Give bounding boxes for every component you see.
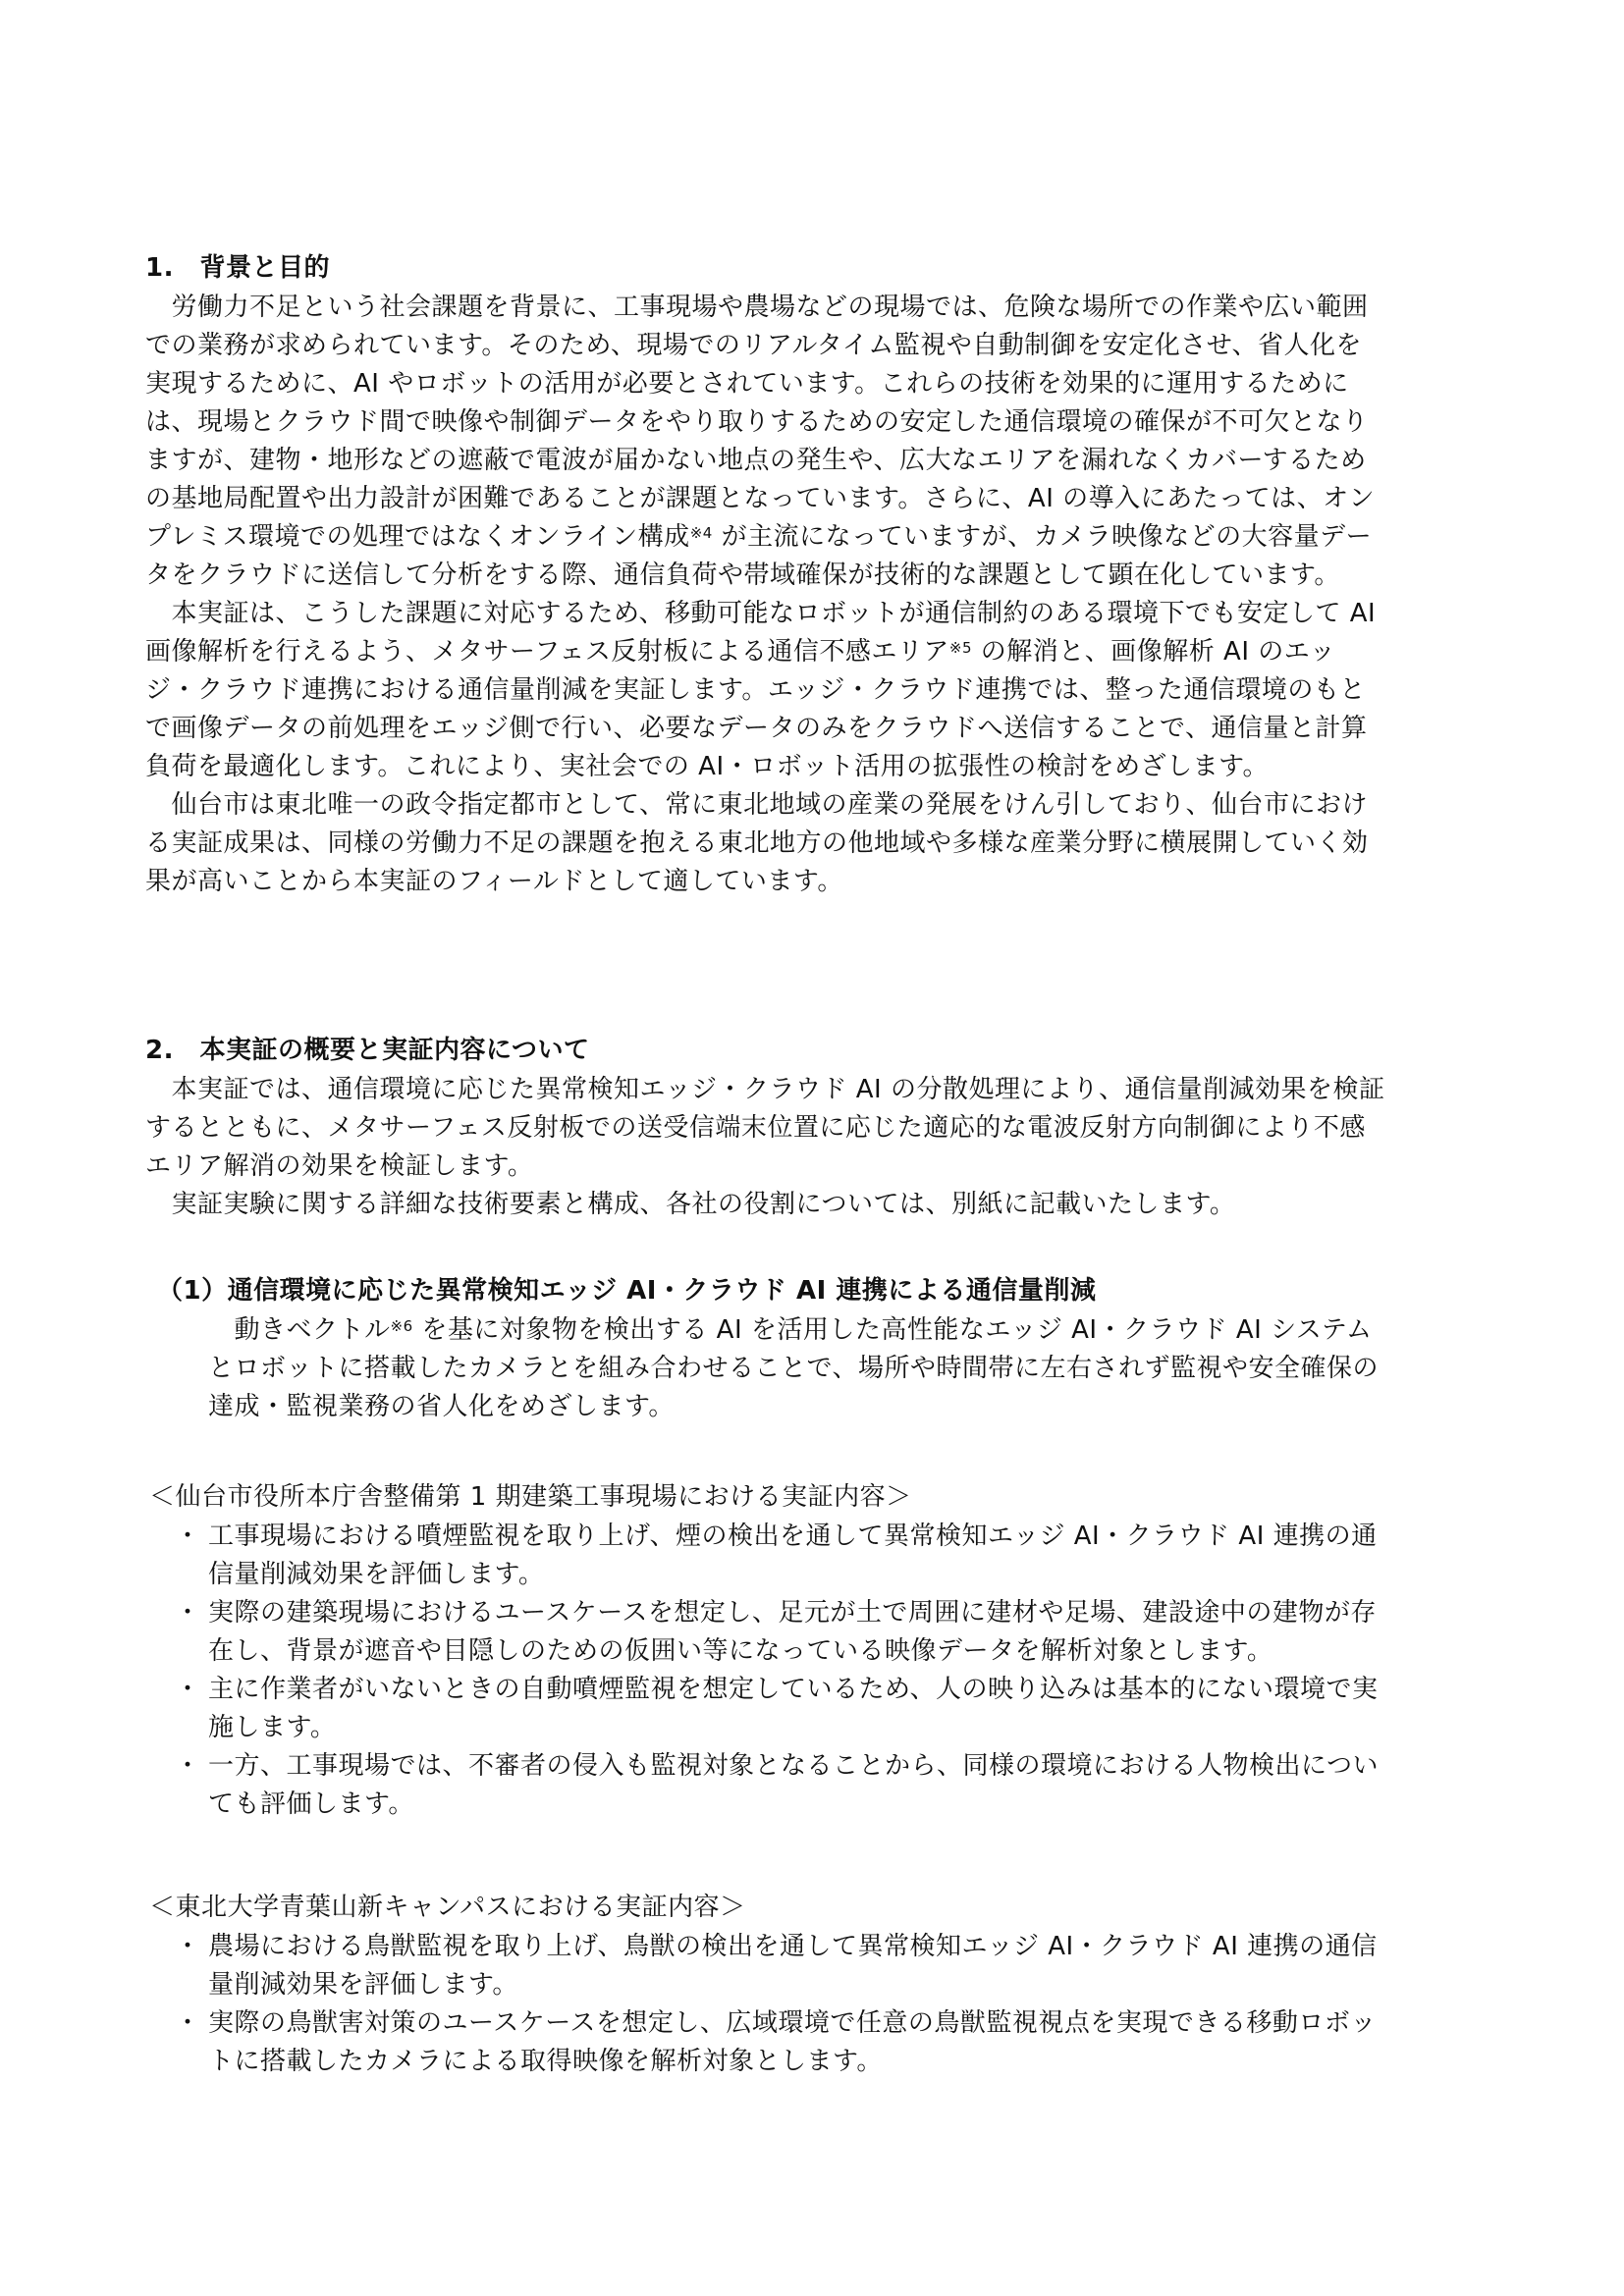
site-1-bullet-2-line: 実際の建築現場におけるユースケースを想定し、足元が土で周囲に建材や足場、建設途中…	[208, 1598, 1377, 1628]
subsection-1-line: とロボットに搭載したカメラとを組み合わせることで、場所や時間帯に左右されず監視や…	[208, 1354, 1379, 1383]
text: が主流になっていますが、カメラ映像などの大容量デー	[713, 522, 1372, 552]
site-1-bullet-4-line: ても評価します。	[208, 1789, 414, 1819]
section-1-heading: 1. 背景と目的	[145, 253, 330, 283]
section-1-p1-line: は、現場とクラウド間で映像や制御データをやり取りするための安定した通信環境の確保…	[145, 407, 1369, 437]
site-2-bullet-1-line: 農場における鳥獣監視を取り上げ、鳥獣の検出を通して異常検知エッジ AI・クラウド…	[208, 1932, 1378, 1961]
bullet-icon: ・	[175, 1522, 200, 1551]
section-1-p2-line: で画像データの前処理をエッジ側で行い、必要なデータのみをクラウドへ送信することで…	[145, 714, 1367, 743]
site-2-heading: ＜東北大学青葉山新キャンパスにおける実証内容＞	[149, 1893, 746, 1922]
document-page: 1. 背景と目的 労働力不足という社会課題を背景に、工事現場や農場などの現場では…	[0, 0, 1624, 2296]
section-2-p2-line: 実証実験に関する詳細な技術要素と構成、各社の役割については、別紙に記載いたします…	[145, 1190, 1235, 1219]
section-1-p2-line-footnote5: 画像解析を行えるよう、メタサーフェス反射板による通信不感エリア※5 の解消と、画…	[145, 637, 1335, 667]
site-2-bullet-2-line: トに搭載したカメラによる取得映像を解析対象とします。	[208, 2047, 883, 2076]
site-1-bullet-4-line: 一方、工事現場では、不審者の侵入も監視対象となることから、同様の環境における人物…	[208, 1751, 1379, 1781]
section-1-p1-line-footnote4: プレミス環境での処理ではなくオンライン構成※4 が主流になっていますが、カメラ映…	[145, 522, 1372, 552]
section-1-p3-line: る実証成果は、同様の労働力不足の課題を抱える東北地方の他地域や多様な産業分野に横…	[145, 828, 1369, 858]
site-1-bullet-1-line: 工事現場における噴煙監視を取り上げ、煙の検出を通して異常検知エッジ AI・クラウ…	[208, 1522, 1378, 1551]
subsection-1-line-footnote6: 動きベクトル※6 を基に対象物を検出する AI を活用した高性能なエッジ AI・…	[208, 1315, 1372, 1345]
bullet-icon: ・	[175, 1675, 200, 1704]
footnote-ref-4: ※4	[690, 524, 713, 542]
section-2-p1-line: エリア解消の効果を検証します。	[145, 1151, 533, 1181]
section-1-p3-line: 仙台市は東北唯一の政令指定都市として、常に東北地域の産業の発展をけん引しており、…	[145, 790, 1368, 820]
section-1-p2-line: 負荷を最適化します。これにより、実社会での AI・ロボット活用の拡張性の検討をめ…	[145, 752, 1269, 781]
text: 画像解析を行えるよう、メタサーフェス反射板による通信不感エリア	[145, 637, 949, 667]
section-1-p2-line: ジ・クラウド連携における通信量削減を実証します。エッジ・クラウド連携では、整った…	[145, 675, 1366, 705]
section-1-p1-line: の基地局配置や出力設計が困難であることが課題となっています。さらに、AI の導入…	[145, 484, 1375, 513]
bullet-icon: ・	[175, 1932, 200, 1961]
text: 動きベクトル	[208, 1315, 391, 1345]
text: を基に対象物を検出する AI を活用した高性能なエッジ AI・クラウド AI シ…	[413, 1315, 1373, 1345]
section-1-p1-line: 労働力不足という社会課題を背景に、工事現場や農場などの現場では、危険な場所での作…	[145, 293, 1369, 322]
bullet-icon: ・	[175, 1598, 200, 1628]
site-1-heading: ＜仙台市役所本庁舎整備第 1 期建築工事現場における実証内容＞	[149, 1482, 912, 1512]
section-2-p1-line: するとともに、メタサーフェス反射板での送受信端末位置に応じた適応的な電波反射方向…	[145, 1113, 1366, 1143]
section-2-p1-line: 本実証では、通信環境に応じた異常検知エッジ・クラウド AI の分散処理により、通…	[145, 1075, 1384, 1104]
footnote-ref-6: ※6	[391, 1317, 413, 1335]
section-1-p1-line: 実現するために、AI やロボットの活用が必要とされています。これらの技術を効果的…	[145, 369, 1349, 399]
site-2-bullet-2-line: 実際の鳥獣害対策のユースケースを想定し、広域環境で任意の鳥獣監視視点を実現できる…	[208, 2008, 1377, 2038]
subsection-1-line: 達成・監視業務の省人化をめざします。	[208, 1392, 675, 1421]
section-1-p1-line: での業務が求められています。そのため、現場でのリアルタイム監視や自動制御を安定化…	[145, 331, 1362, 360]
footnote-ref-5: ※5	[949, 639, 972, 657]
section-1-p1-line: タをクラウドに送信して分析をする際、通信負荷や帯域確保が技術的な課題として顕在化…	[145, 561, 1340, 590]
section-1-p3-line: 果が高いことから本実証のフィールドとして適しています。	[145, 867, 843, 896]
site-1-bullet-3-line: 主に作業者がいないときの自動噴煙監視を想定しているため、人の映り込みは基本的にな…	[208, 1675, 1378, 1704]
site-2-bullet-1-line: 量削減効果を評価します。	[208, 1970, 518, 2000]
section-2-heading: 2. 本実証の概要と実証内容について	[145, 1036, 589, 1065]
bullet-icon: ・	[175, 1751, 200, 1781]
text: の解消と、画像解析 AI のエッ	[972, 637, 1335, 667]
section-1-p2-line: 本実証は、こうした課題に対応するため、移動可能なロボットが通信制約のある環境下で…	[145, 599, 1376, 628]
section-1-p1-line: ますが、建物・地形などの遮蔽で電波が届かない地点の発生や、広大なエリアを漏れなく…	[145, 446, 1367, 475]
subsection-1-heading: （1）通信環境に応じた異常検知エッジ AI・クラウド AI 連携による通信量削減	[157, 1276, 1096, 1306]
site-1-bullet-2-line: 在し、背景が遮音や目隠しのための仮囲い等になっている映像データを解析対象とします…	[208, 1636, 1272, 1666]
bullet-icon: ・	[175, 2008, 200, 2038]
site-1-bullet-3-line: 施します。	[208, 1713, 336, 1742]
site-1-bullet-1-line: 信量削減効果を評価します。	[208, 1560, 544, 1589]
text: プレミス環境での処理ではなくオンライン構成	[145, 522, 690, 552]
